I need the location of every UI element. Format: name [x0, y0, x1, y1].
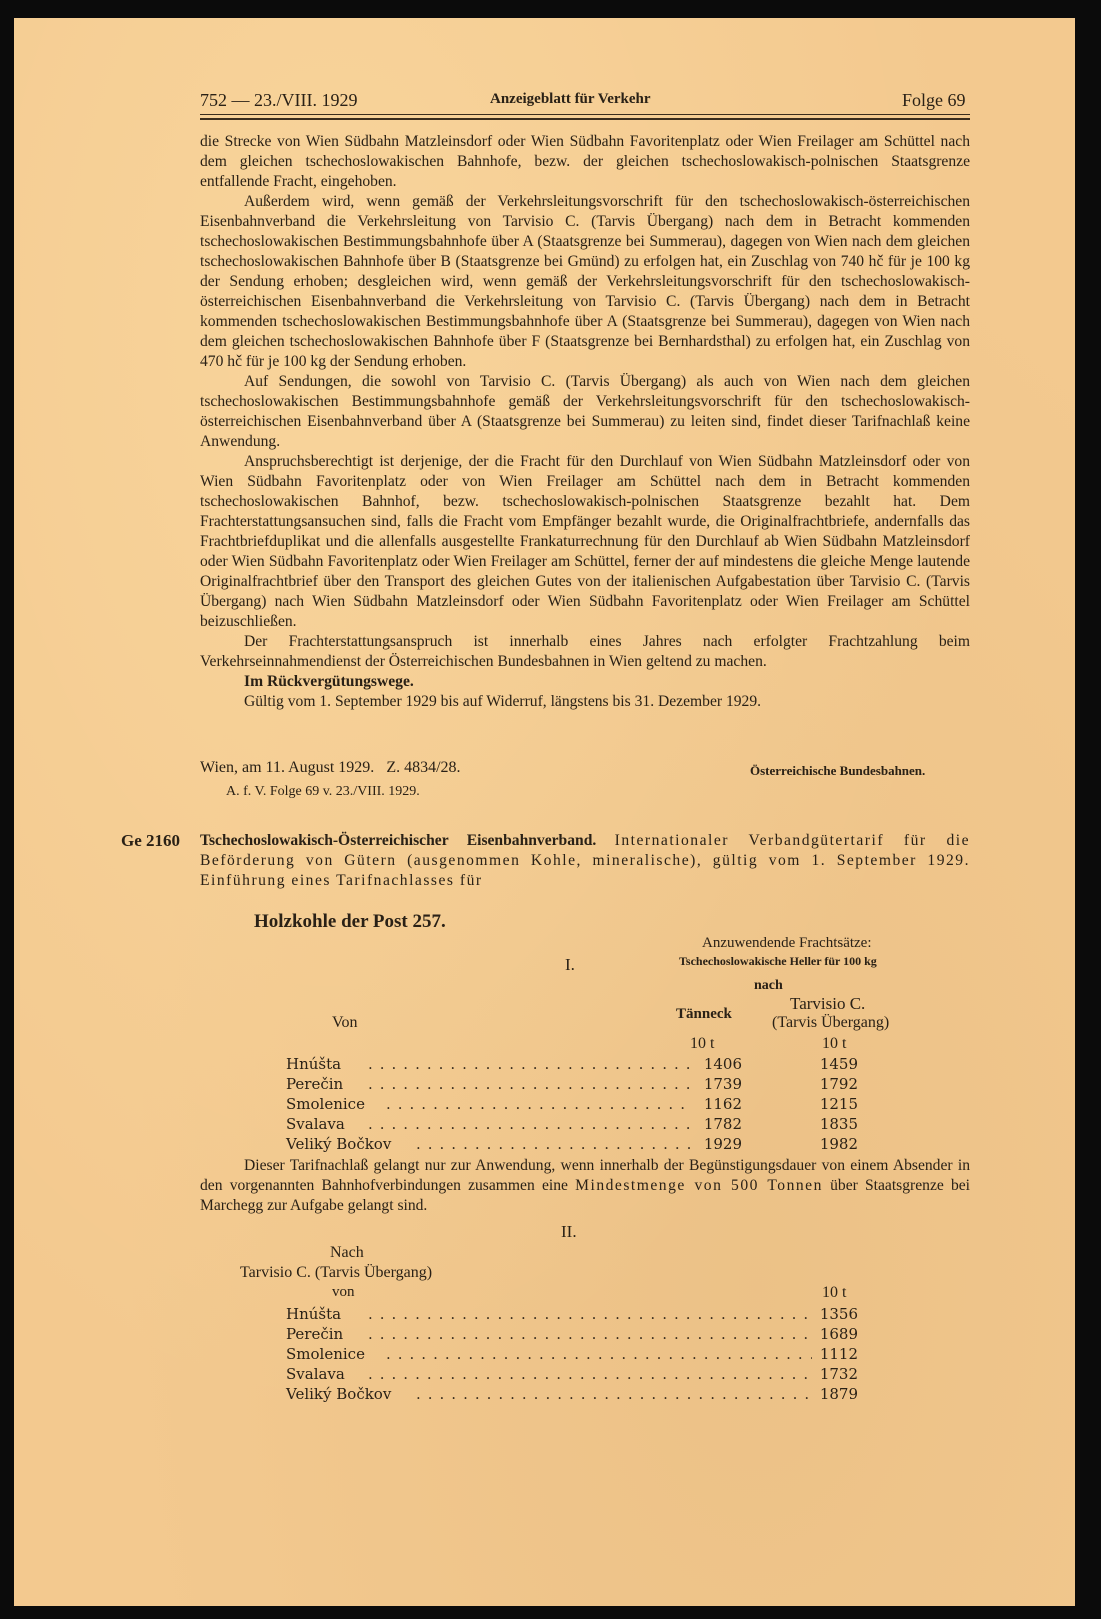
section2-title: Tschechoslowakisch-Österreichischer Eise… — [200, 832, 596, 849]
leader-dots: ........................................… — [368, 1054, 690, 1074]
page-number-date: 752 — 23./VIII. 1929 — [200, 90, 357, 111]
table-row: Perečin ................................… — [286, 1324, 886, 1344]
paragraph-entitlement: Anspruchsberechtigt ist derjenige, der d… — [200, 452, 970, 632]
leader-dots: ........................................… — [368, 1304, 812, 1324]
rate-tanneck: 1929 — [694, 1134, 742, 1154]
leader-dots: ........................................… — [368, 1364, 812, 1384]
rate-tanneck: 1406 — [694, 1054, 742, 1074]
station-name: Hnúšta — [286, 1304, 341, 1324]
rate-tarvisio: 1879 — [810, 1384, 858, 1404]
header-rule-thin — [200, 114, 970, 115]
rate-tarvisio: 1459 — [810, 1054, 858, 1074]
rate-tarvisio: 1835 — [810, 1114, 858, 1134]
leader-dots: ........................................… — [386, 1344, 812, 1364]
header-rule-thick — [200, 118, 970, 120]
station-name: Veliký Bočkov — [286, 1384, 391, 1404]
table-row: Hnúšta .................................… — [286, 1054, 886, 1074]
signature-place-date: Wien, am 11. August 1929. — [200, 759, 374, 776]
table-row: Svalava ................................… — [286, 1114, 886, 1134]
leader-dots: ........................................… — [368, 1114, 690, 1134]
paragraph-claim-deadline: Der Frachterstattungsanspruch ist innerh… — [200, 632, 970, 672]
rates-heading: Anzuwendende Frachtsätze: — [702, 935, 872, 952]
table2-unit: 10 t — [822, 1284, 846, 1302]
station-name: Svalava — [286, 1114, 345, 1134]
table2-header-destination: Tarvisio C. (Tarvis Übergang) — [240, 1264, 432, 1282]
publication-title: Anzeigeblatt für Verkehr — [490, 91, 651, 108]
table-row: Svalava ................................… — [286, 1364, 886, 1384]
table-row: Perečin ................................… — [286, 1074, 886, 1094]
section2-intro: Tschechoslowakisch-Österreichischer Eise… — [200, 831, 970, 891]
refund-way: Im Rückvergütungswege. — [200, 672, 970, 692]
validity-period: Gültig vom 1. September 1929 bis auf Wid… — [200, 692, 970, 712]
tariff-number: Ge 2160 — [121, 831, 180, 851]
paragraph-continuation: die Strecke von Wien Südbahn Matzleinsdo… — [200, 132, 970, 192]
rate-tanneck: 1162 — [694, 1094, 742, 1114]
leader-dots: ........................................… — [416, 1134, 690, 1154]
rate-tarvisio: 1112 — [810, 1344, 858, 1364]
leader-dots: ........................................… — [416, 1384, 812, 1404]
table1-numeral: I. — [565, 955, 575, 975]
table-row: Veliký Bočkov ..........................… — [286, 1384, 886, 1404]
table2-numeral: II. — [561, 1222, 577, 1242]
paragraph-exclusion: Auf Sendungen, die sowohl von Tarvisio C… — [200, 372, 970, 452]
table1-unit-tanneck: 10 t — [690, 1035, 714, 1053]
condition-text: Dieser Tarifnachlaß gelangt nur zur Anwe… — [200, 1156, 970, 1216]
table-row: Veliký Bočkov ..........................… — [286, 1134, 886, 1154]
station-name: Veliký Bočkov — [286, 1134, 391, 1154]
station-name: Smolenice — [286, 1344, 365, 1364]
leader-dots: ........................................… — [368, 1074, 690, 1094]
leader-dots: ........................................… — [386, 1094, 690, 1114]
paragraph-surcharge: Außerdem wird, wenn gemäß der Verkehrsle… — [200, 192, 970, 372]
item-title: Holzkohle der Post 257. — [254, 911, 446, 933]
table1-header-tarvisio: Tarvisio C. — [790, 994, 865, 1014]
station-name: Smolenice — [286, 1094, 365, 1114]
station-name: Perečin — [286, 1074, 343, 1094]
rate-tarvisio: 1732 — [810, 1364, 858, 1384]
table2-header-nach: Nach — [330, 1244, 364, 1262]
document-page: 752 — 23./VIII. 1929 Anzeigeblatt für Ve… — [14, 18, 1075, 1606]
station-name: Perečin — [286, 1324, 343, 1344]
table1-header-tanneck: Tänneck — [676, 1006, 732, 1023]
signature-line: Wien, am 11. August 1929. Z. 4834/28. — [200, 759, 461, 777]
rate-tarvisio: 1215 — [810, 1094, 858, 1114]
table2-header-von: von — [332, 1284, 355, 1301]
rate-tarvisio: 1982 — [810, 1134, 858, 1154]
rate-tanneck: 1739 — [694, 1074, 742, 1094]
table1-unit-tarvisio: 10 t — [822, 1035, 846, 1053]
rate-tarvisio: 1689 — [810, 1324, 858, 1344]
rates-unit: Tschechoslowakische Heller für 100 kg — [679, 954, 877, 969]
table-row: Hnúšta .................................… — [286, 1304, 886, 1324]
table-row: Smolenice ..............................… — [286, 1094, 886, 1114]
table1-header-tarvisio-sub: (Tarvis Übergang) — [772, 1014, 889, 1032]
table-row: Smolenice ..............................… — [286, 1344, 886, 1364]
station-name: Svalava — [286, 1364, 345, 1384]
condition-paragraph: Dieser Tarifnachlaß gelangt nur zur Anwe… — [200, 1156, 970, 1216]
station-name: Hnúšta — [286, 1054, 341, 1074]
rate-tanneck: 1782 — [694, 1114, 742, 1134]
section1-body: die Strecke von Wien Südbahn Matzleinsdo… — [200, 132, 970, 712]
leader-dots: ........................................… — [368, 1324, 812, 1344]
rate-tarvisio: 1356 — [810, 1304, 858, 1324]
table1-header-von: Von — [332, 1014, 358, 1032]
publication-reference: A. f. V. Folge 69 v. 23./VIII. 1929. — [226, 784, 420, 800]
rate-tarvisio: 1792 — [810, 1074, 858, 1094]
signature-reference: Z. 4834/28. — [386, 759, 460, 776]
table1-header-nach: nach — [754, 978, 783, 994]
minimum-quantity: Mindestmenge von 500 Tonnen — [575, 1177, 823, 1194]
issue-number: Folge 69 — [902, 90, 966, 111]
signature-organization: Österreichische Bundesbahnen. — [750, 763, 925, 779]
